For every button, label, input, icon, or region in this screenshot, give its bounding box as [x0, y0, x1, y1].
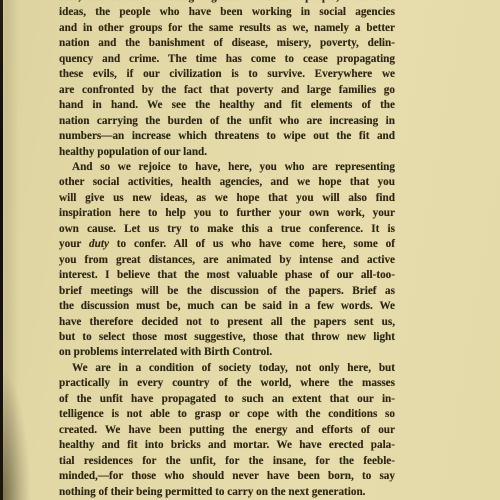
text-line: minded,—for those who should never have …: [59, 469, 395, 484]
text-line: but to select those most suggestive, tho…: [59, 330, 395, 345]
text-line: nation and the banishment of disease, mi…: [59, 36, 395, 51]
page-text-block: ities, the results of being together wit…: [59, 0, 395, 500]
text-line: brief meetings will be the discussion of…: [59, 284, 395, 299]
text-line: created. We have been putting the energy…: [59, 423, 395, 438]
bottom-left-corner-shadow: [0, 370, 30, 500]
text-line: ideas, the people who have been working …: [59, 5, 395, 20]
text-line: tial residences for the unfit, for the i…: [59, 454, 395, 469]
text-line: these evils, if our civilization is to s…: [59, 67, 395, 82]
text-line: quency and crime. The time has come to c…: [59, 52, 395, 67]
text-line: hand in hand. We see the healthy and fit…: [59, 98, 395, 113]
text-line: nothing of their being permitted to carr…: [59, 485, 395, 500]
text-segment: to confer. All of us who have come here,…: [109, 238, 395, 250]
text-segment: your: [59, 238, 89, 250]
text-line: We are in a condition of society today, …: [59, 361, 395, 376]
text-line: you from great distances, are animated b…: [59, 253, 395, 268]
text-line: telligence is not able to grasp or cope …: [59, 407, 395, 422]
text-line: interest. I believe that the most valuab…: [59, 268, 395, 283]
text-line: on problems interrelated with Birth Cont…: [59, 345, 395, 360]
paragraph-2: And so we rejoice to have, here, you who…: [59, 160, 395, 361]
text-line: are confronted by the fact that poverty …: [59, 83, 395, 98]
text-line: practically in every country of the worl…: [59, 376, 395, 391]
text-line: other social activities, health agencies…: [59, 175, 395, 190]
text-line: own cause. Let us try to make this a tru…: [59, 222, 395, 237]
text-line: healthy and fit into bricks and mortar. …: [59, 438, 395, 453]
text-line: and in other groups for the same results…: [59, 21, 395, 36]
italic-word-duty: duty: [89, 238, 109, 250]
paragraph-3: We are in a condition of society today, …: [59, 361, 395, 500]
text-line: of the unfit have propagated to such an …: [59, 392, 395, 407]
text-line: the discussion must be, much can be said…: [59, 299, 395, 314]
scanned-book-page: ities, the results of being together wit…: [0, 0, 500, 500]
text-line: And so we rejoice to have, here, you who…: [59, 160, 395, 175]
text-line: numbers—an increase which threatens to w…: [59, 129, 395, 144]
text-line: healthy population of our land.: [59, 145, 395, 160]
text-line: have therefore decided not to present al…: [59, 315, 395, 330]
text-line: nation carrying the burden of the unfit …: [59, 114, 395, 129]
text-line-with-italic: your duty to confer. All of us who have …: [59, 237, 395, 252]
text-line: inspiration here to help you to further …: [59, 206, 395, 221]
paragraph-1: ities, the results of being together wit…: [59, 0, 395, 160]
text-line: will give us new ideas, as we hope that …: [59, 191, 395, 206]
